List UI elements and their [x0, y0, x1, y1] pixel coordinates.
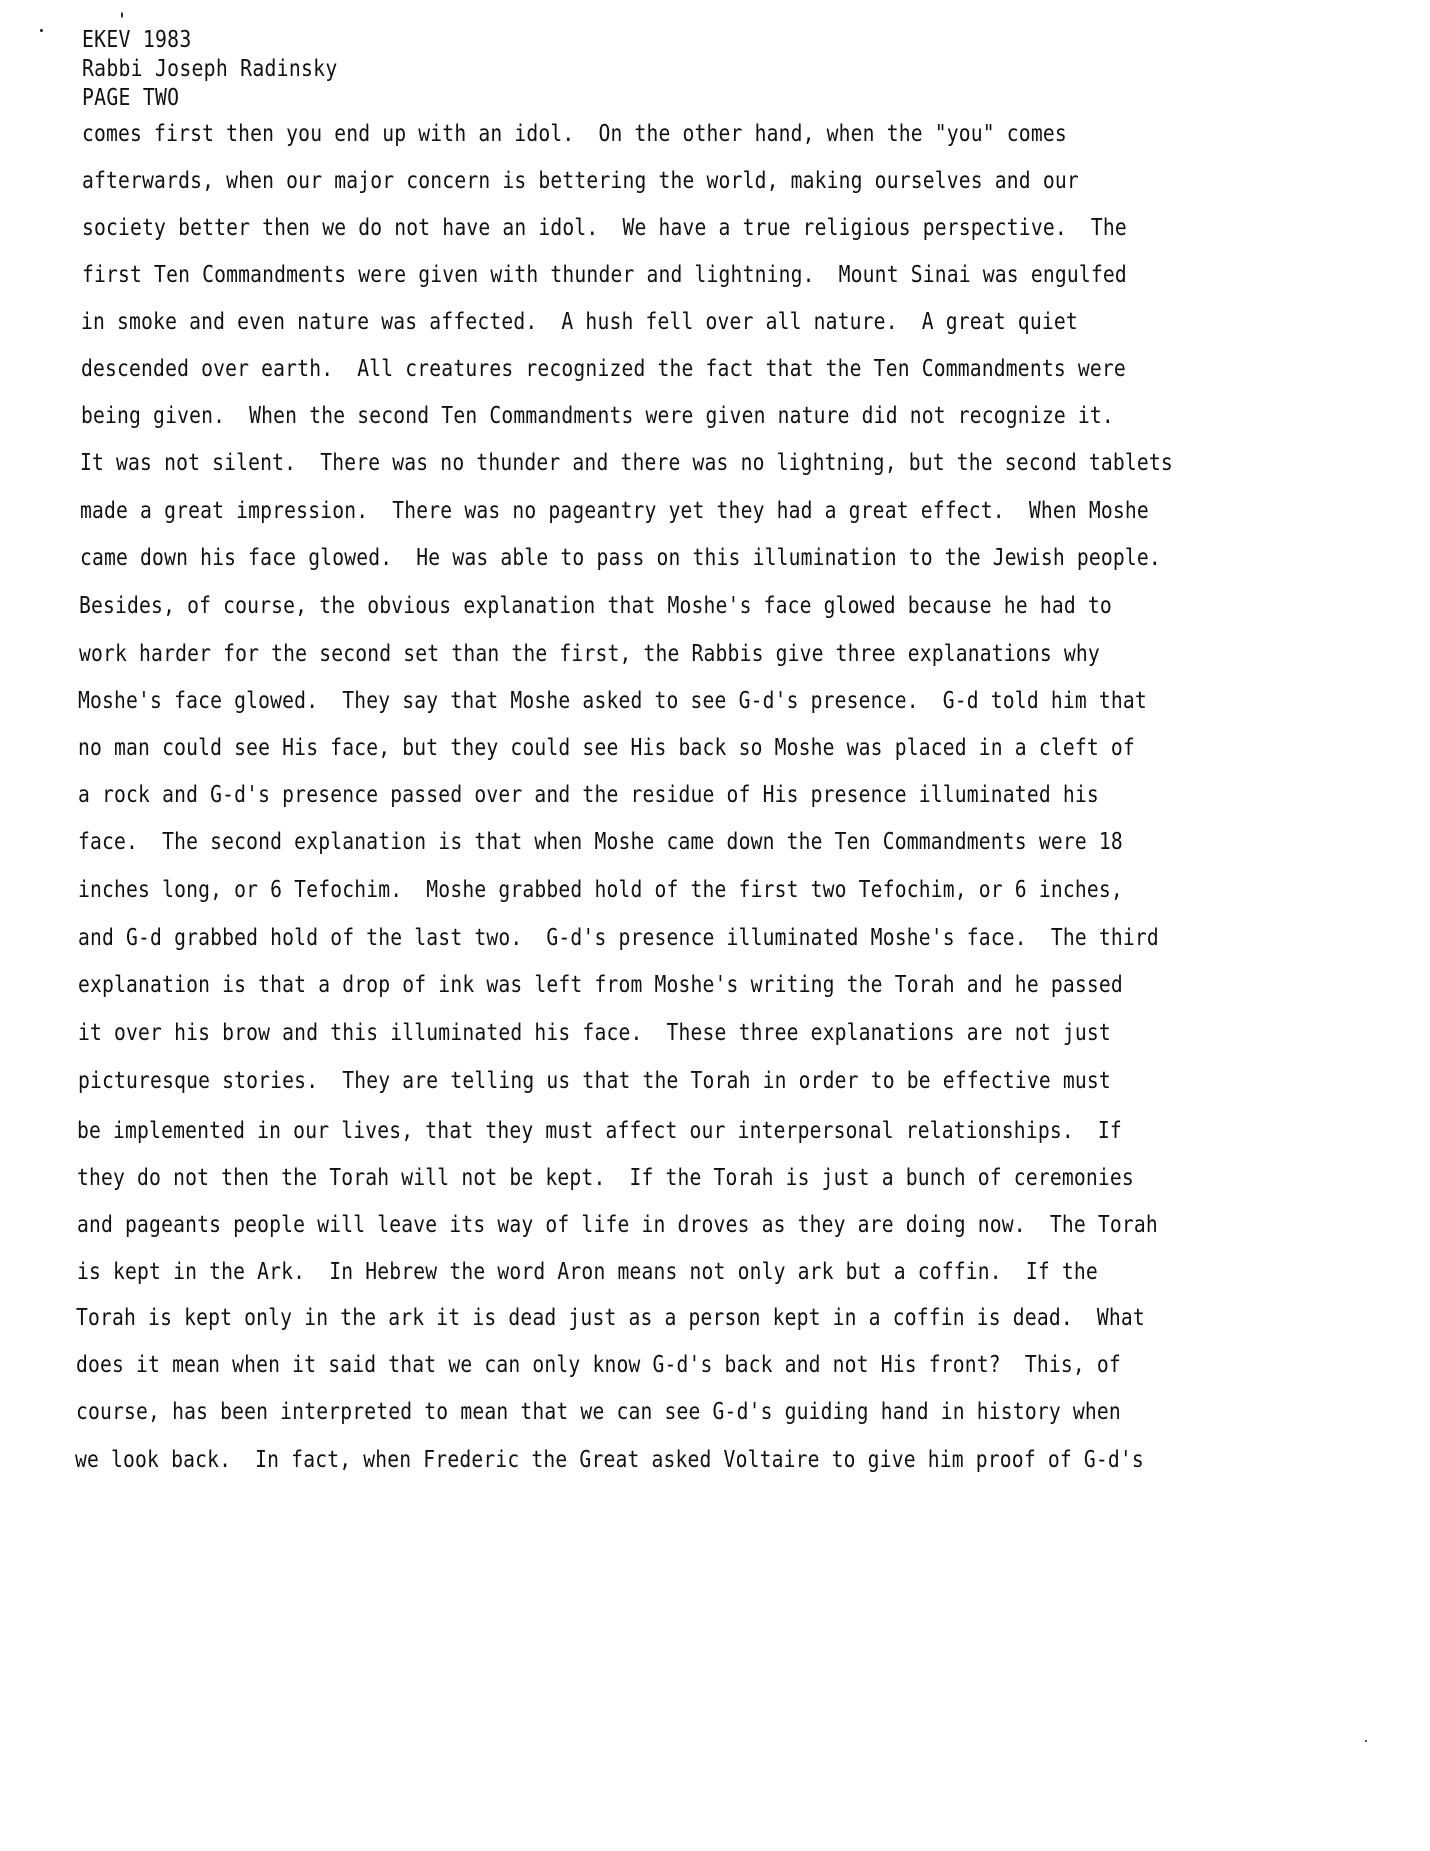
- document-header: EKEV 1983 Rabbi Joseph Radinsky PAGE TWO: [82, 26, 338, 113]
- text-line: they do not then the Torah will not be k…: [77, 1164, 1134, 1192]
- text-line: we look back. In fact, when Frederic the…: [75, 1446, 1144, 1474]
- parasha-title: EKEV 1983: [82, 26, 338, 55]
- document-page: EKEV 1983 Rabbi Joseph Radinsky PAGE TWO…: [0, 0, 1430, 1851]
- text-line: It was not silent. There was no thunder …: [80, 449, 1173, 477]
- scan-speck: [1365, 1740, 1367, 1742]
- text-line: descended over earth. All creatures reco…: [81, 355, 1126, 383]
- text-line: society better then we do not have an id…: [82, 214, 1127, 242]
- text-line: Torah is kept only in the ark it is dead…: [76, 1304, 1145, 1332]
- text-line: a rock and G-d's presence passed over an…: [78, 781, 1099, 809]
- text-line: being given. When the second Ten Command…: [81, 402, 1114, 430]
- scan-speck: [121, 12, 123, 18]
- text-line: made a great impression. There was no pa…: [80, 497, 1149, 525]
- text-line: afterwards, when our major concern is be…: [82, 167, 1079, 195]
- text-line: it over his brow and this illuminated hi…: [78, 1019, 1111, 1047]
- text-line: in smoke and even nature was affected. A…: [81, 308, 1078, 336]
- text-line: inches long, or 6 Tefochim. Moshe grabbe…: [78, 876, 1123, 904]
- text-line: first Ten Commandments were given with t…: [82, 261, 1127, 289]
- text-line: and G-d grabbed hold of the last two. G-…: [78, 924, 1159, 952]
- text-line: face. The second explanation is that whe…: [78, 828, 1123, 856]
- text-line: be implemented in our lives, that they m…: [77, 1117, 1122, 1145]
- author-name: Rabbi Joseph Radinsky: [82, 55, 338, 84]
- text-line: does it mean when it said that we can on…: [76, 1351, 1121, 1379]
- scan-speck: [40, 29, 43, 32]
- text-line: work harder for the second set than the …: [79, 640, 1100, 668]
- text-line: comes first then you end up with an idol…: [82, 120, 1067, 148]
- text-line: picturesque stories. They are telling us…: [78, 1067, 1111, 1095]
- text-line: Moshe's face glowed. They say that Moshe…: [78, 687, 1147, 715]
- text-line: is kept in the Ark. In Hebrew the word A…: [77, 1258, 1098, 1286]
- text-line: and pageants people will leave its way o…: [77, 1211, 1158, 1239]
- text-line: Besides, of course, the obvious explanat…: [79, 592, 1112, 620]
- text-line: explanation is that a drop of ink was le…: [78, 971, 1123, 999]
- page-label: PAGE TWO: [82, 84, 338, 113]
- text-line: course, has been interpreted to mean tha…: [76, 1398, 1121, 1426]
- text-line: no man could see His face, but they coul…: [78, 734, 1135, 762]
- text-line: came down his face glowed. He was able t…: [80, 544, 1161, 572]
